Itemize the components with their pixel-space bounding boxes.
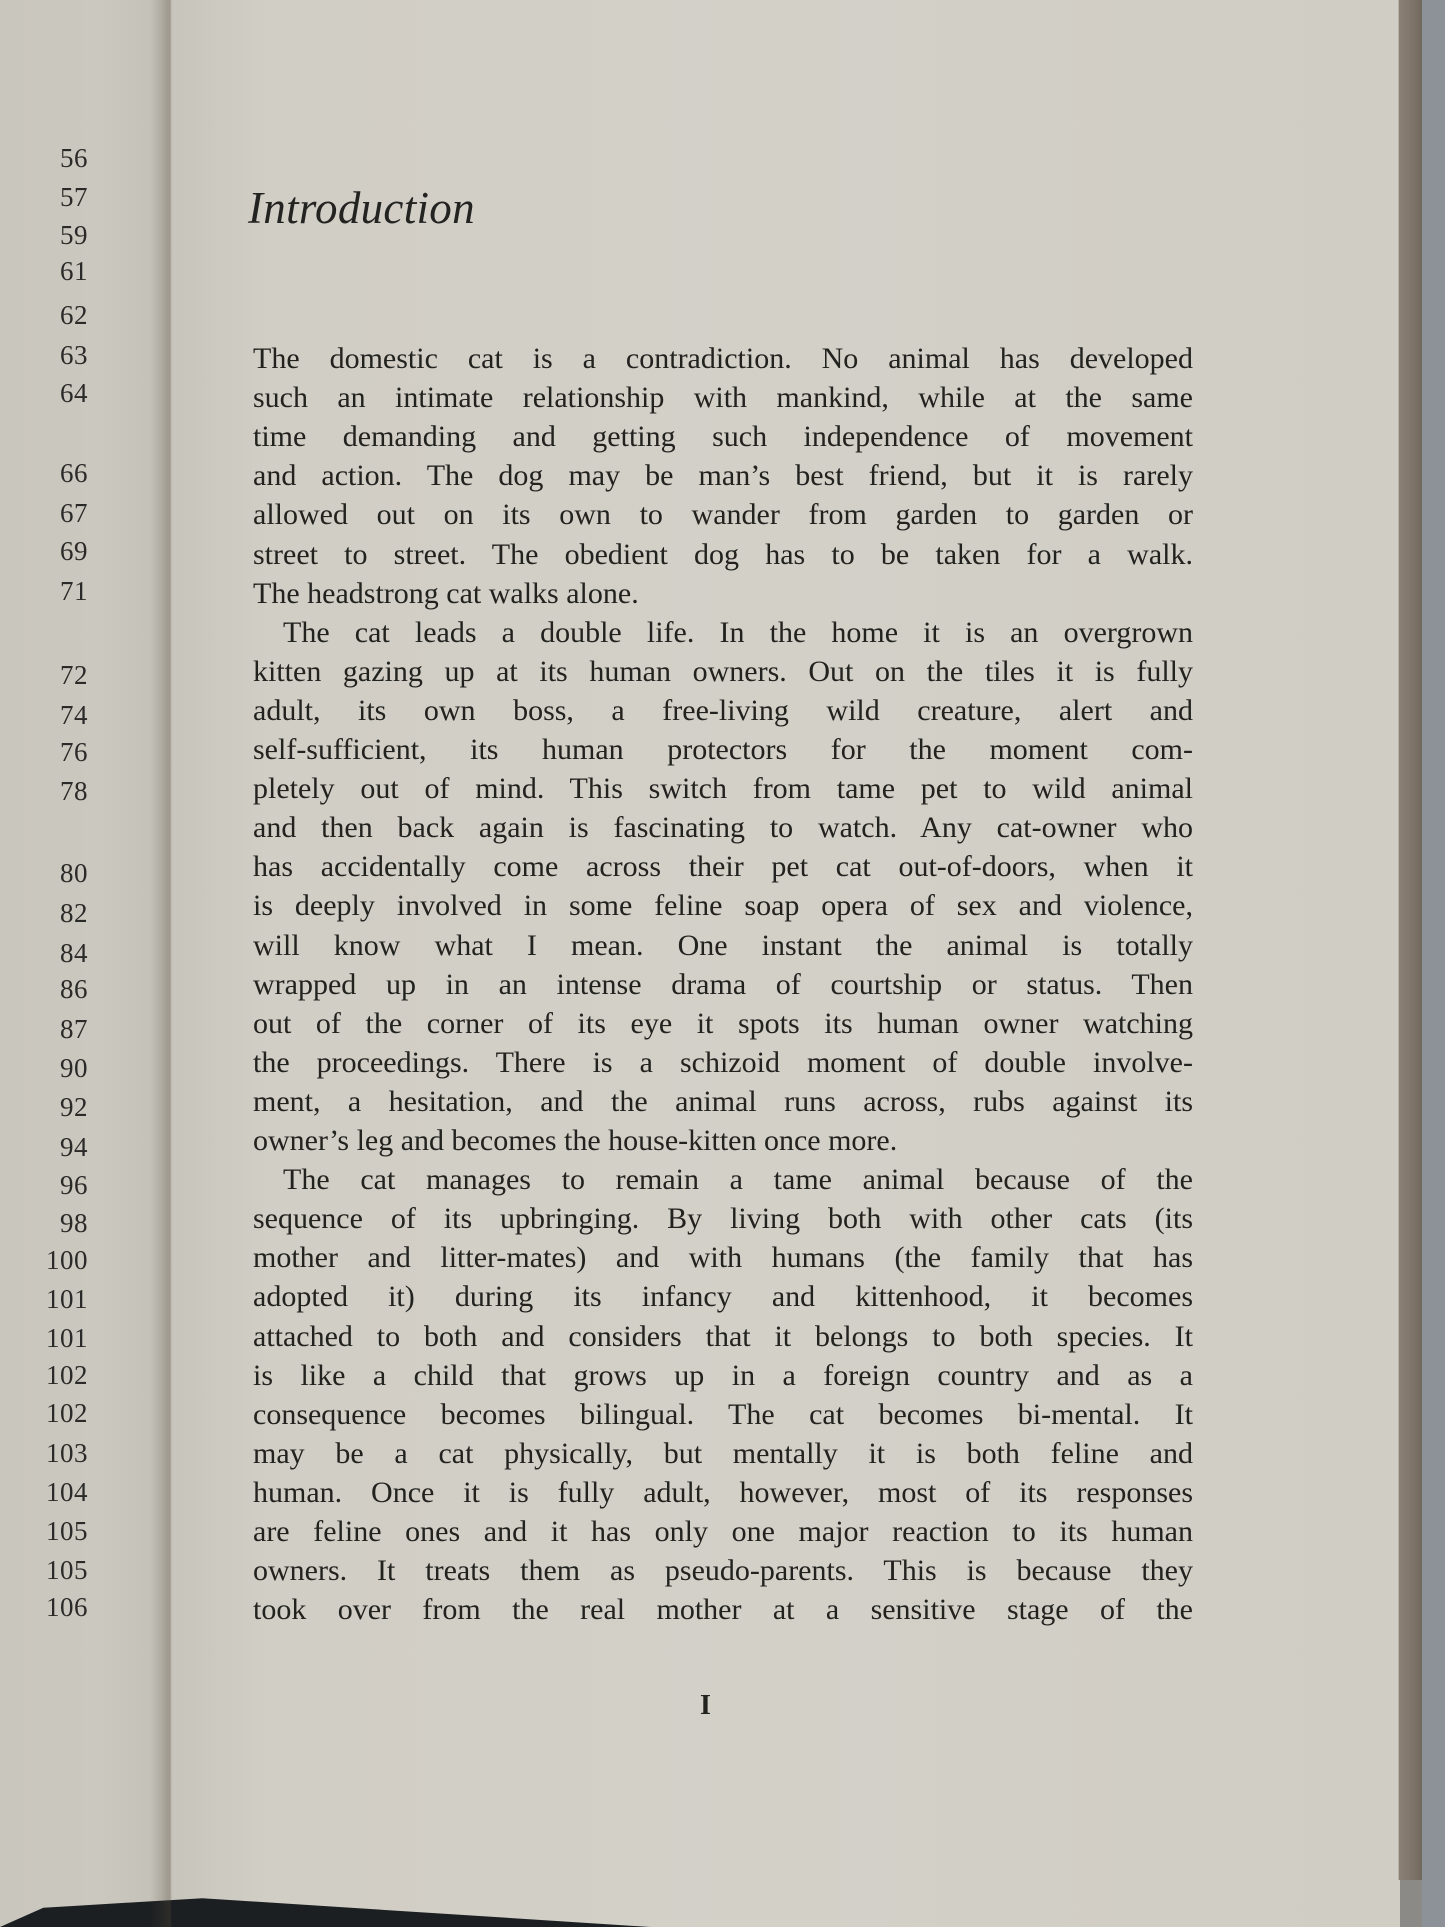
text-line: owner’s leg and becomes the house-kitten… bbox=[253, 1122, 1193, 1160]
text-line: pletely out of mind. This switch from ta… bbox=[253, 770, 1193, 808]
contents-page-number: 96 bbox=[60, 1170, 88, 1201]
text-line: consequence becomes bilingual. The cat b… bbox=[253, 1396, 1193, 1434]
contents-page-number: 102 bbox=[46, 1360, 88, 1391]
text-line: is deeply involved in some feline soap o… bbox=[253, 887, 1193, 925]
text-line: owners. It treats them as pseudo-parents… bbox=[253, 1552, 1193, 1590]
text-line: has accidentally come across their pet c… bbox=[253, 848, 1193, 886]
contents-page-number: 92 bbox=[60, 1092, 88, 1123]
book-gutter bbox=[150, 0, 172, 1927]
text-line: such an intimate relationship with manki… bbox=[253, 379, 1193, 417]
contents-page-number: 103 bbox=[46, 1438, 88, 1469]
text-line: The headstrong cat walks alone. bbox=[253, 575, 1193, 613]
contents-page-number: 106 bbox=[46, 1592, 88, 1623]
text-line: ment, a hesitation, and the animal runs … bbox=[253, 1083, 1193, 1121]
contents-page-number: 87 bbox=[60, 1014, 88, 1045]
text-line: are feline ones and it has only one majo… bbox=[253, 1513, 1193, 1551]
page-number-folio: I bbox=[700, 1690, 711, 1722]
contents-page-number: 74 bbox=[60, 700, 88, 731]
text-line: The cat manages to remain a tame animal … bbox=[253, 1161, 1193, 1199]
contents-page-number: 94 bbox=[60, 1132, 88, 1163]
contents-page-number: 102 bbox=[46, 1398, 88, 1429]
contents-page-number: 59 bbox=[60, 220, 88, 251]
text-line: street to street. The obedient dog has t… bbox=[253, 536, 1193, 574]
contents-page-number: 56 bbox=[60, 143, 88, 174]
text-line: adult, its own boss, a free-living wild … bbox=[253, 692, 1193, 730]
text-line: out of the corner of its eye it spots it… bbox=[253, 1005, 1193, 1043]
text-line: attached to both and considers that it b… bbox=[253, 1318, 1193, 1356]
text-line: and action. The dog may be man’s best fr… bbox=[253, 457, 1193, 495]
contents-page-number: 78 bbox=[60, 776, 88, 807]
contents-page-number: 64 bbox=[60, 378, 88, 409]
text-line: time demanding and getting such independ… bbox=[253, 418, 1193, 456]
contents-page-number: 104 bbox=[46, 1477, 88, 1508]
text-line: took over from the real mother at a sens… bbox=[253, 1591, 1193, 1629]
contents-page-number: 72 bbox=[60, 660, 88, 691]
contents-page-number: 98 bbox=[60, 1208, 88, 1239]
contents-page-number: 69 bbox=[60, 536, 88, 567]
contents-page-number: 101 bbox=[46, 1323, 88, 1354]
contents-page-number: 105 bbox=[46, 1516, 88, 1547]
contents-page-number: 63 bbox=[60, 340, 88, 371]
text-line: and then back again is fascinating to wa… bbox=[253, 809, 1193, 847]
contents-page-number: 57 bbox=[60, 182, 88, 213]
contents-page-number: 76 bbox=[60, 737, 88, 768]
text-line: adopted it) during its infancy and kitte… bbox=[253, 1278, 1193, 1316]
text-line: sequence of its upbringing. By living bo… bbox=[253, 1200, 1193, 1238]
previous-page-contents: 5657596162636466676971727476788082848687… bbox=[0, 0, 170, 1927]
text-line: human. Once it is fully adult, however, … bbox=[253, 1474, 1193, 1512]
page-edge-stack bbox=[1398, 0, 1423, 1880]
contents-page-number: 100 bbox=[46, 1245, 88, 1276]
background-surface bbox=[1422, 0, 1445, 1927]
text-line: The cat leads a double life. In the home… bbox=[253, 614, 1193, 652]
chapter-title: Introduction bbox=[248, 182, 475, 234]
contents-page-number: 80 bbox=[60, 858, 88, 889]
contents-page-number: 61 bbox=[60, 256, 88, 287]
contents-page-number: 82 bbox=[60, 898, 88, 929]
text-line: will know what I mean. One instant the a… bbox=[253, 927, 1193, 965]
contents-page-number: 66 bbox=[60, 458, 88, 489]
contents-page-number: 71 bbox=[60, 576, 88, 607]
contents-page-number: 101 bbox=[46, 1284, 88, 1315]
contents-page-number: 90 bbox=[60, 1053, 88, 1084]
contents-page-number: 105 bbox=[46, 1555, 88, 1586]
contents-page-number: 86 bbox=[60, 974, 88, 1005]
text-line: wrapped up in an intense drama of courts… bbox=[253, 966, 1193, 1004]
contents-page-number: 67 bbox=[60, 498, 88, 529]
text-line: self-sufficient, its human protectors fo… bbox=[253, 731, 1193, 769]
text-line: kitten gazing up at its human owners. Ou… bbox=[253, 653, 1193, 691]
contents-page-number: 62 bbox=[60, 300, 88, 331]
text-line: is like a child that grows up in a forei… bbox=[253, 1357, 1193, 1395]
text-line: allowed out on its own to wander from ga… bbox=[253, 496, 1193, 534]
text-line: mother and litter-mates) and with humans… bbox=[253, 1239, 1193, 1277]
text-line: the proceedings. There is a schizoid mom… bbox=[253, 1044, 1193, 1082]
text-line: may be a cat physically, but mentally it… bbox=[253, 1435, 1193, 1473]
contents-page-number: 84 bbox=[60, 938, 88, 969]
text-line: The domestic cat is a contradiction. No … bbox=[253, 340, 1193, 378]
